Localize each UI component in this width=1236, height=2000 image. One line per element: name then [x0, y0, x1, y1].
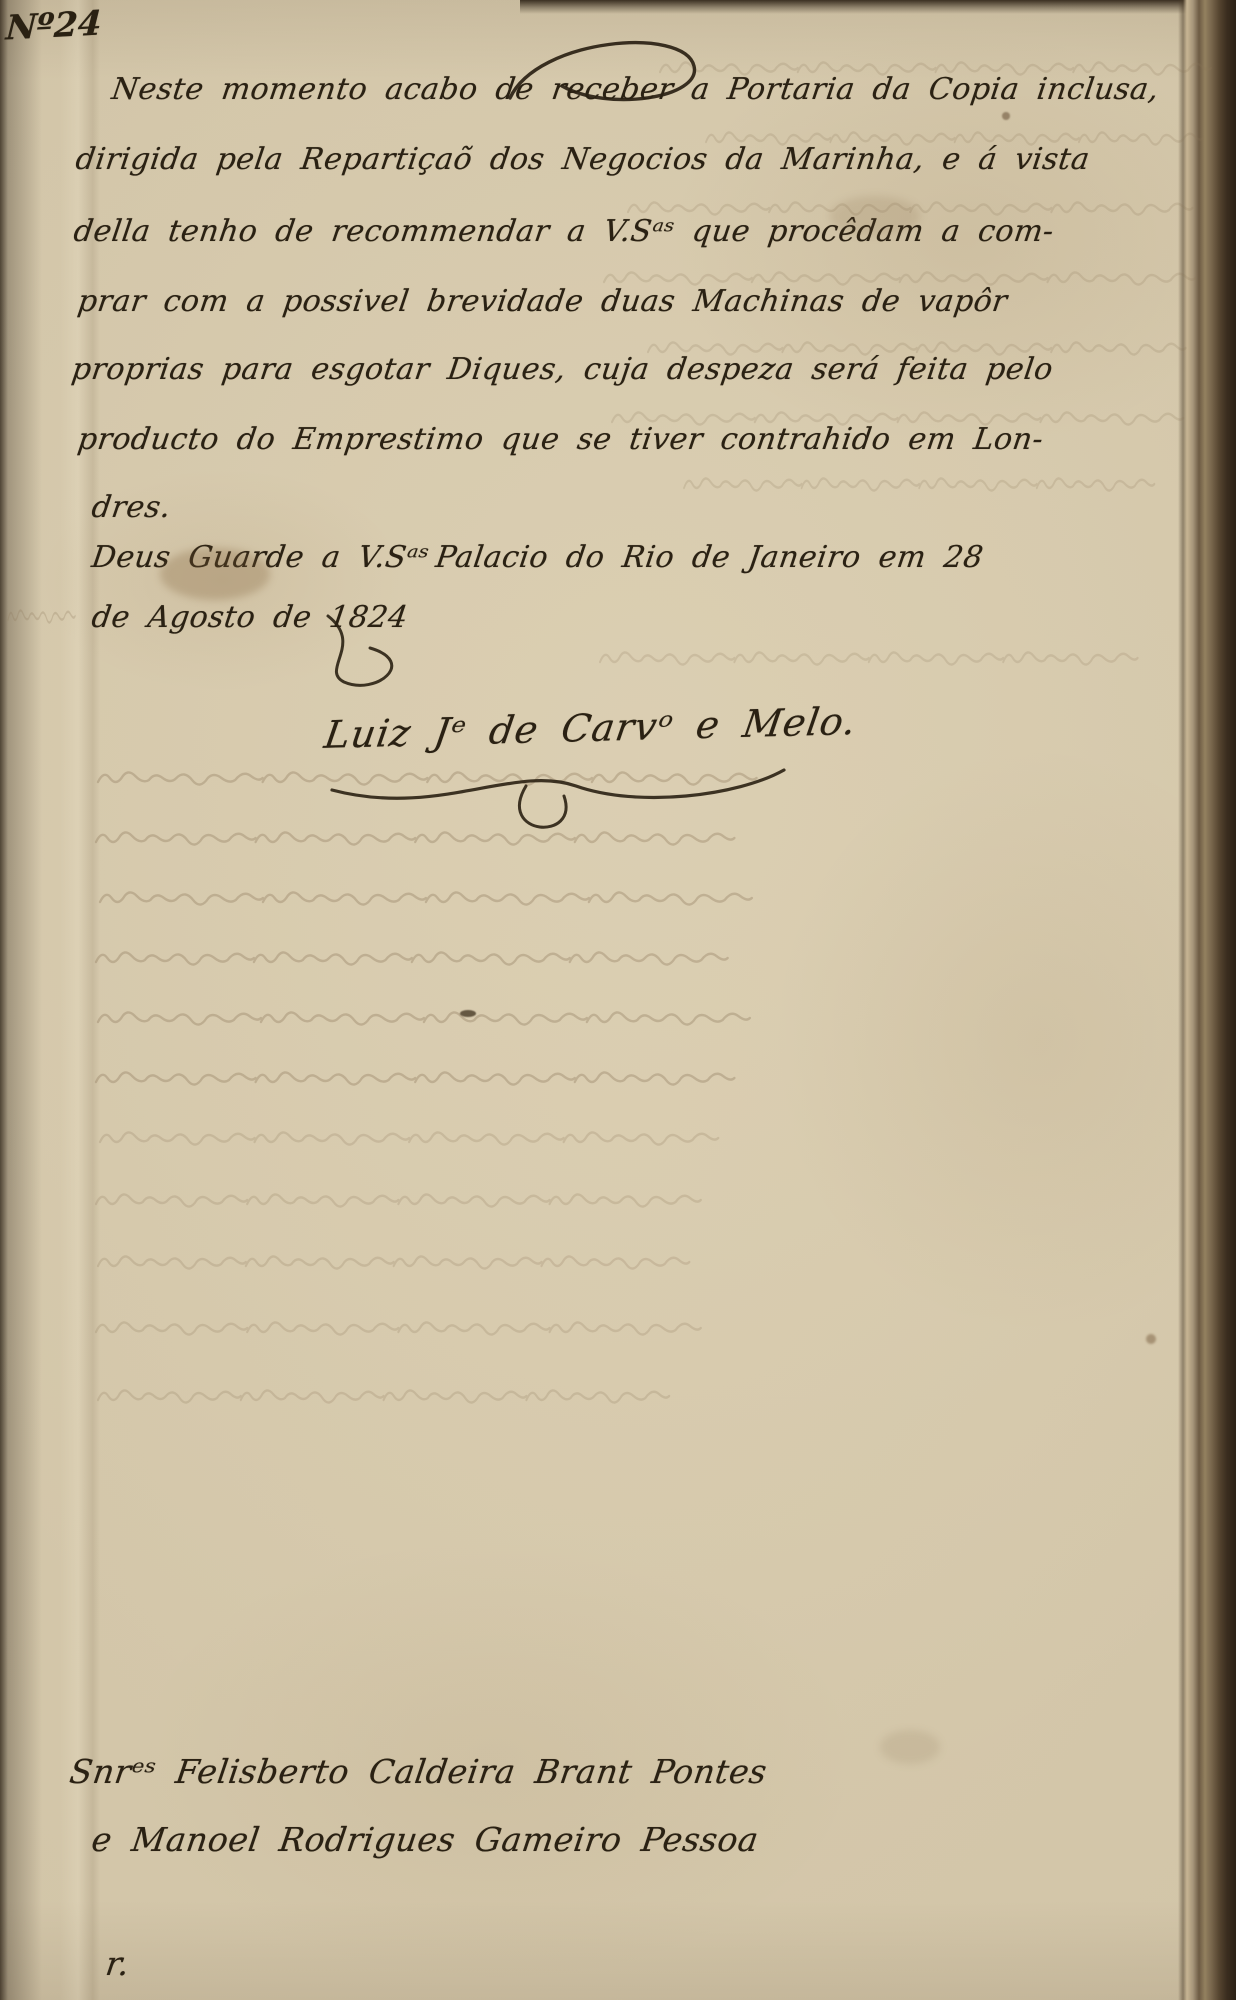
book-gutter-shadow: [0, 0, 46, 2000]
manuscript-line: Neste momento acabo de receber a Portari…: [110, 72, 1162, 107]
closing-place-date: Palacio do Rio de Janeiro em 28: [434, 540, 986, 575]
manuscript-line: della tenho de recommendar a V.Sᵃˢ que p…: [72, 214, 1057, 249]
signature: Luiz Jᵉ de Carvᵒ e Melo.: [322, 699, 860, 757]
closing-salutation: Deus Guarde a V.Sᵃˢ: [90, 540, 432, 575]
addressee-line: r.: [103, 1944, 132, 1983]
addressee-line: e Manoel Rodrigues Gameiro Pessoa: [89, 1820, 761, 1859]
paper-blemish: [1146, 1334, 1156, 1344]
page-stack-edges: [1178, 0, 1236, 2000]
manuscript-line: producto do Emprestimo que se tiver cont…: [76, 422, 1046, 457]
manuscript-line: proprias para esgotar Diques, cuja despe…: [70, 352, 1056, 387]
manuscript-line: dres.: [90, 490, 174, 525]
document-number: Nº24: [5, 4, 103, 49]
closing-year-line: de Agosto de 1824: [90, 600, 411, 635]
manuscript-page: Nº24 Neste momento acabo de receber a Po…: [0, 0, 1236, 2000]
manuscript-line: prar com a possivel brevidade duas Machi…: [76, 284, 1010, 319]
addressee-line: Snrᵉˢ Felisberto Caldeira Brant Pontes: [67, 1752, 769, 1791]
page-top-edge: [520, 0, 1236, 14]
faint-stain: [880, 1730, 940, 1764]
ink-speck: [460, 1010, 476, 1017]
manuscript-line: dirigida pela Repartiçaõ dos Negocios da…: [74, 142, 1092, 177]
paper-blemish: [1002, 112, 1010, 120]
